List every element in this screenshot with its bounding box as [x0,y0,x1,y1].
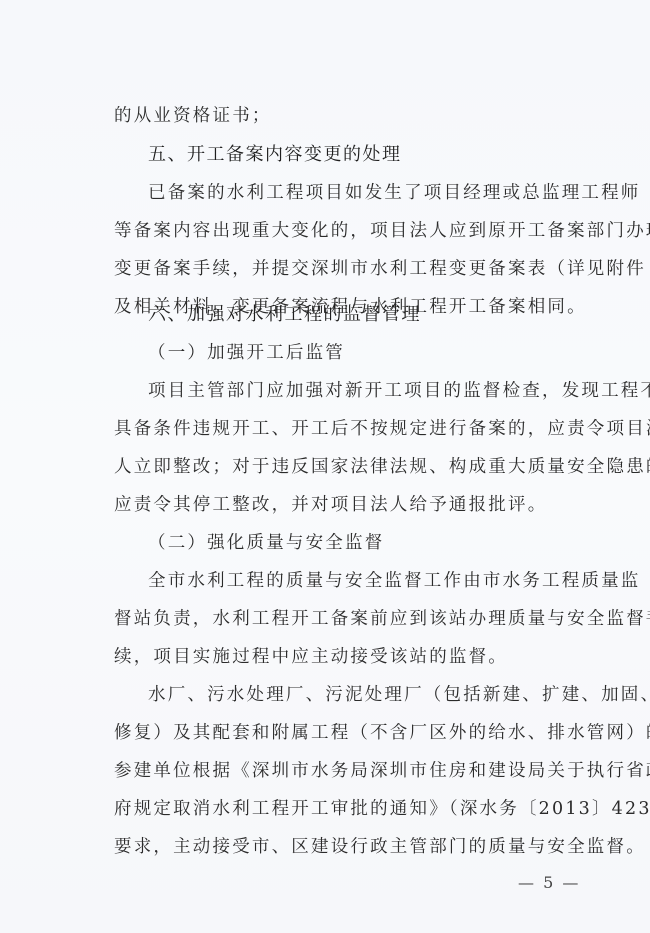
text-line: 府规定取消水利工程开工审批的通知》（深水务〔2013〕423 号） [114,797,590,821]
text-line: 等备案内容出现重大变化的，项目法人应到原开工备案部门办理 [114,219,590,243]
text-line: 的从业资格证书； [114,104,590,128]
text-line: 人立即整改；对于违反国家法律法规、构成重大质量安全隐患的， [114,455,590,479]
text-line: 督站负责，水利工程开工备案前应到该站办理质量与安全监督手 [114,607,590,631]
text-line: 修复）及其配套和附属工程（不含厂区外的给水、排水管网）的 [114,721,590,745]
text-line: 具备条件违规开工、开工后不按规定进行备案的，应责令项目法 [114,417,590,441]
text-line: 要求，主动接受市、区建设行政主管部门的质量与安全监督。 [114,835,590,859]
text-line: 变更备案手续，并提交深圳市水利工程变更备案表（详见附件 3） [114,257,590,281]
section-heading-6: 六、加强对水利工程的监督管理 [148,303,590,327]
text-line: 参建单位根据《深圳市水务局深圳市住房和建设局关于执行省政 [114,759,590,783]
document-page: 的从业资格证书； 五、开工备案内容变更的处理 已备案的水利工程项目如发生了项目经… [0,0,650,933]
text-line: 水厂、污水处理厂、污泥处理厂（包括新建、扩建、加固、 [148,683,590,707]
text-line: 应责令其停工整改，并对项目法人给予通报批评。 [114,493,590,517]
text-line: 全市水利工程的质量与安全监督工作由市水务工程质量监 [148,569,590,593]
text-line: 续，项目实施过程中应主动接受该站的监督。 [114,645,590,669]
section-heading-5: 五、开工备案内容变更的处理 [148,143,590,167]
page-number: — 5 — [518,873,580,892]
subsection-heading-2: （二）强化质量与安全监督 [148,531,590,555]
subsection-heading-1: （一）加强开工后监管 [148,341,590,365]
text-line: 项目主管部门应加强对新开工项目的监督检查，发现工程不 [148,379,590,403]
text-line: 已备案的水利工程项目如发生了项目经理或总监理工程师 [148,181,590,205]
